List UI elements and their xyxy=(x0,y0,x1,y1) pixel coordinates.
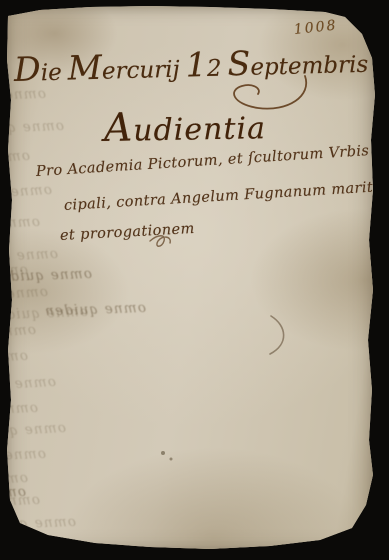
bleedthrough-curve-mark xyxy=(270,316,284,354)
bleedthrough-line: omne quidem decretum contra academia pic… xyxy=(0,322,36,358)
bleedthrough-dark-stroke: omne quidem decretum contra academia pic… xyxy=(46,300,147,322)
date-word-die: Die xyxy=(13,49,62,89)
bleedthrough-line: omne quidem decretum contra academia pic… xyxy=(0,214,40,244)
date-word-day: 12 xyxy=(185,45,222,85)
bleedthrough-line: omne quidem decretum contra academia pic… xyxy=(0,284,48,319)
bleedthrough-line: omne quidem decretum contra academia pic… xyxy=(0,514,76,542)
bleedthrough-line: omne quidem decretum contra academia pic… xyxy=(0,492,40,522)
bleedthrough-line: omne quidem decretum contra academia pic… xyxy=(0,182,52,217)
ink-spot xyxy=(161,451,165,455)
bleedthrough-dark-stroke: omne quidem decretum contra academia pic… xyxy=(0,484,26,506)
bleedthrough-dark-stroke: omne quidem decretum contra academia pic… xyxy=(0,266,92,290)
bleedthrough-line: omne quidem decretum contra academia pic… xyxy=(0,374,56,408)
bleedthrough-line: omne quidem decretum contra academia pic… xyxy=(0,86,46,113)
bleedthrough-line: omne quidem decretum contra academia pic… xyxy=(0,348,28,378)
bleedthrough-line: omne quidem decretum contra academia pic… xyxy=(0,304,88,332)
manuscript-photo: omne quidem decretum contra academia pic… xyxy=(0,0,389,560)
bleedthrough-line: omne quidem decretum contra academia pic… xyxy=(0,470,28,506)
entry-line-2: cipali, contra Angelum Fugnanum maritum xyxy=(64,178,389,214)
bleedthrough-line: omne quidem decretum contra academia pic… xyxy=(0,400,38,430)
bleedthrough-line: omne quidem decretum contra academia pic… xyxy=(0,148,30,181)
date-line: DieMercurij12Septembris1635 xyxy=(13,39,389,89)
date-word-mercurij: Mercurij xyxy=(67,46,180,88)
manuscript-page: omne quidem decretum contra academia pic… xyxy=(0,0,389,560)
bleedthrough-line: omne quidem decretum contra academia pic… xyxy=(0,246,58,278)
page-number: 1008 xyxy=(293,17,338,37)
bleedthrough-line: omne quidem decretum contra academia pic… xyxy=(0,420,66,454)
bleedthrough-line: omne quidem decretum contra academia pic… xyxy=(0,118,64,147)
bleedthrough-line: omne quidem decretum contra academia pic… xyxy=(0,446,46,476)
audientia-heading: Audientia xyxy=(104,103,267,151)
date-word-month: Septembris xyxy=(227,41,369,84)
date-word-year: 1635 xyxy=(374,39,389,80)
bleedthrough-line: omne quidem decretum contra academia pic… xyxy=(0,262,28,293)
entry-line-3: et prorogationem xyxy=(60,221,195,244)
ink-spot xyxy=(170,458,173,461)
